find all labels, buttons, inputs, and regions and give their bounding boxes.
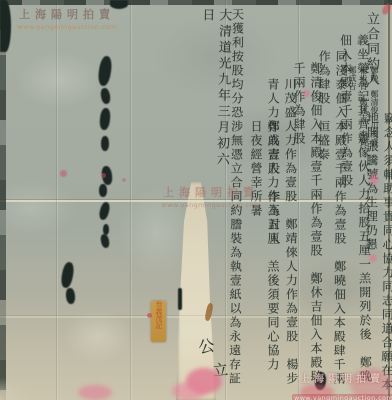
top-edge-notch [110, 0, 128, 9]
seal-smudge [172, 382, 206, 400]
vertical-fold [56, 0, 57, 400]
shop-label-text: 叁義茂記 [154, 301, 163, 329]
red-speck [369, 254, 377, 262]
shop-label: 叁義茂記 [151, 301, 166, 342]
ink-bleed-blob [101, 136, 109, 151]
ink-bleed-blob [99, 184, 107, 197]
red-speck [303, 90, 310, 97]
seal-smudge [350, 368, 392, 400]
date-column: 大清道光九年三月初六日 [196, 8, 233, 179]
red-speck [122, 178, 126, 182]
red-speck [101, 173, 106, 178]
text-column: 鄭成吉人力作為五厘 羔後須要同心協力日夜經營幸所暑 [247, 120, 281, 380]
ink-stroke [178, 288, 182, 310]
ink-bleed-blob [97, 55, 113, 86]
red-speck [60, 170, 67, 177]
ink-bleed-blob [100, 87, 112, 104]
top-edge [0, 0, 392, 5]
ink-bleed-blob [98, 201, 111, 221]
red-speck [147, 313, 152, 318]
ink-bleed-blob [100, 233, 111, 248]
red-speck [370, 174, 378, 185]
seal-smudge [300, 384, 334, 400]
signature-char: 公 [196, 337, 216, 358]
watermark-text: 上海陽明拍賣 [12, 6, 122, 22]
ink-bleed-blob [60, 261, 75, 289]
watermark-url: www.yangmingauction.com [12, 23, 122, 31]
red-speck [380, 2, 392, 16]
ink-bleed-blob [65, 288, 76, 305]
document-photo: 立合同約人 鄭晚 鄭清俊 川茂盛 楊步青 鄭休吉 李賢 鄭成吉 竊念人須輔助事貴… [0, 0, 392, 400]
seal-smudge [78, 385, 112, 400]
left-corner-wear [0, 0, 11, 52]
watermark-top-left: 上海陽明拍賣 www.yangmingauction.com [12, 6, 122, 31]
bottom-left-wear [0, 358, 45, 400]
ink-bleed-blob [99, 108, 111, 131]
vertical-fold [130, 0, 131, 400]
